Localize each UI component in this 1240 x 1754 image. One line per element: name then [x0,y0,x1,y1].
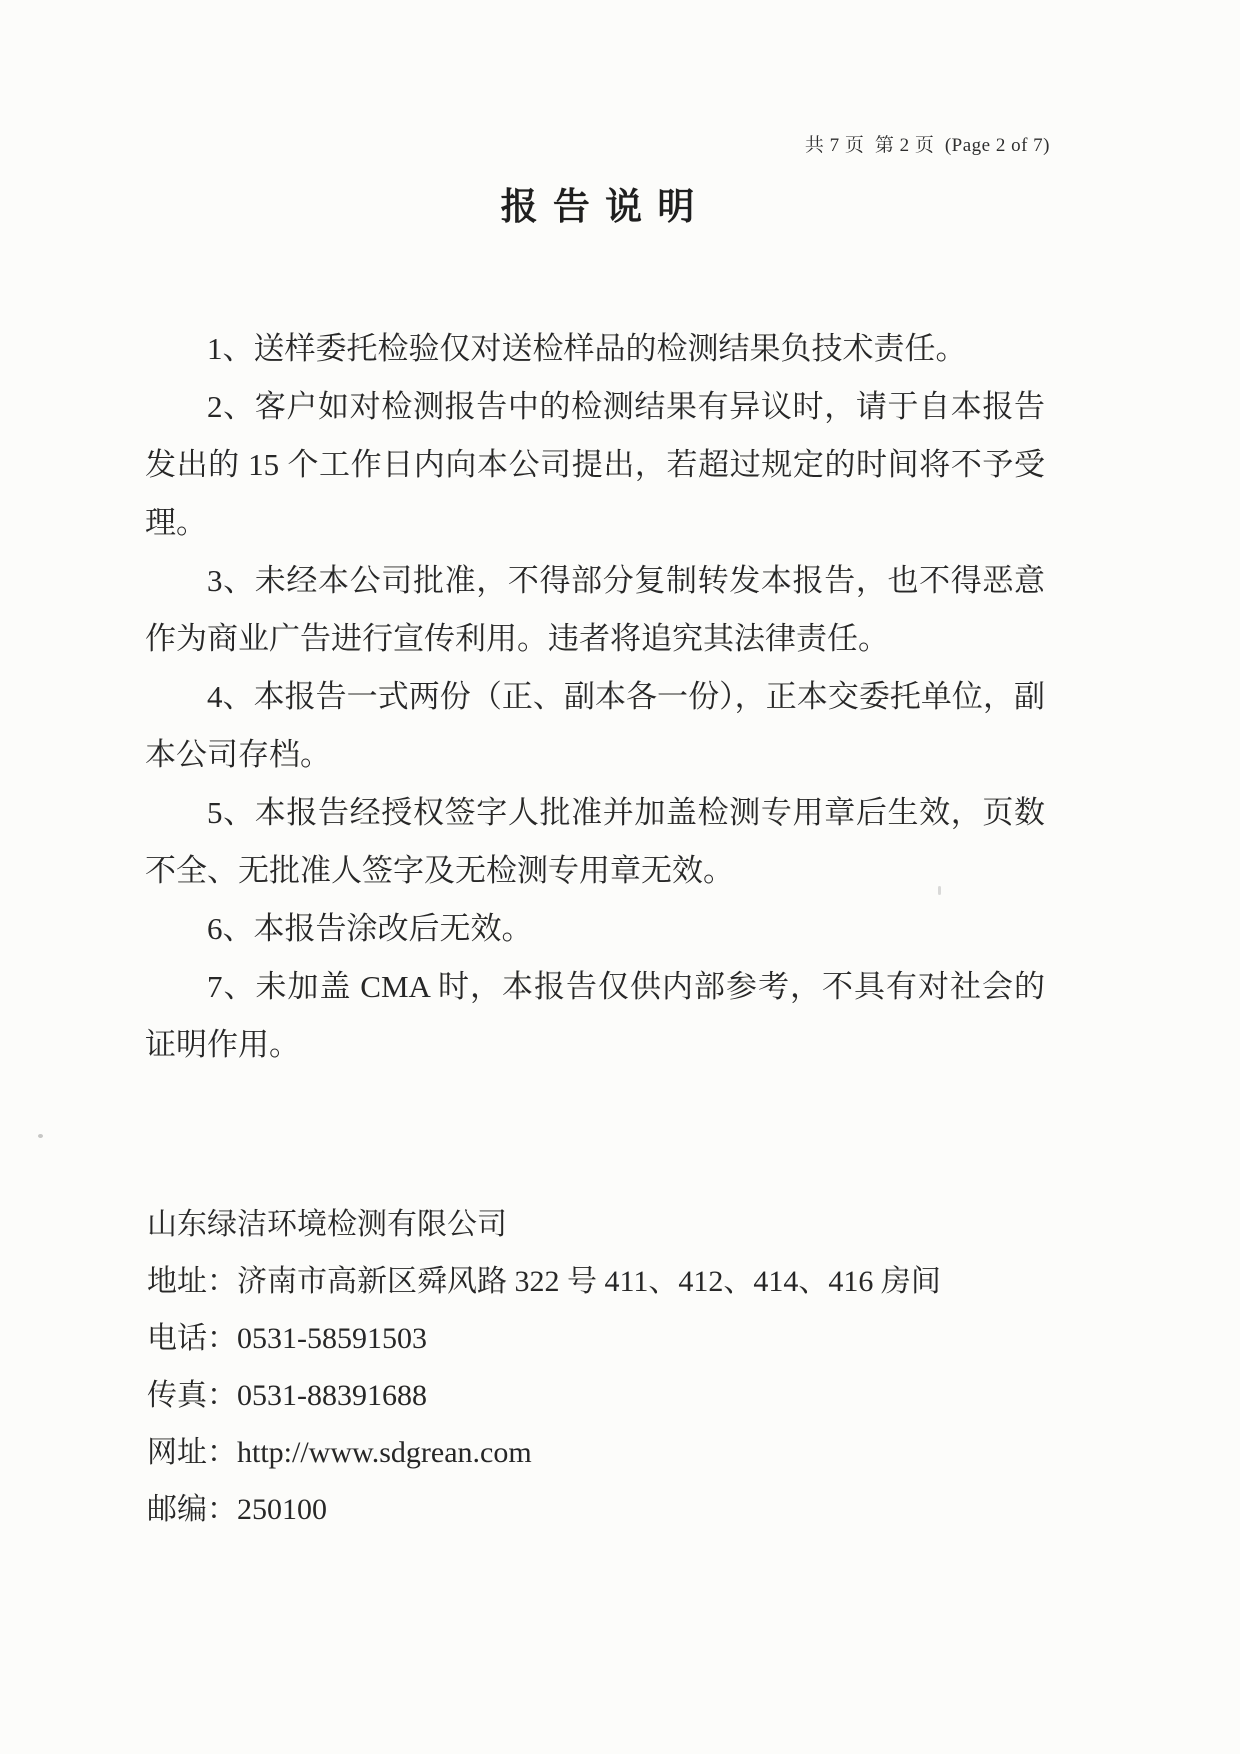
report-notes-list: 1、送样委托检验仅对送检样品的检测结果负技术责任。 2、客户如对检测报告中的检测… [145,320,1045,1074]
phone-value: 0531-58591503 [237,1322,427,1355]
postcode-line: 邮编：250100 [147,1481,1097,1538]
fax-label: 传真： [147,1379,237,1412]
website-label: 网址： [147,1436,237,1469]
page-title: 报 告 说 明 [0,176,1198,230]
note-item-6: 6、本报告涂改后无效。 [145,900,1045,958]
address-value: 济南市高新区舜风路 322 号 411、412、414、416 房间 [237,1265,941,1298]
address-label: 地址： [147,1265,237,1298]
scan-speck [938,886,941,895]
phone-line: 电话：0531-58591503 [147,1310,1097,1367]
note-item-7: 7、未加盖 CMA 时，本报告仅供内部参考，不具有对社会的证明作用。 [145,958,1045,1074]
page-number: 共 7 页 第 2 页 (Page 2 of 7) [805,130,1050,157]
address-line: 地址：济南市高新区舜风路 322 号 411、412、414、416 房间 [147,1253,1097,1310]
fax-value: 0531-88391688 [237,1379,427,1412]
website-line: 网址：http://www.sdgrean.com [147,1424,1097,1481]
website-value: http://www.sdgrean.com [237,1436,532,1469]
company-name: 山东绿洁环境检测有限公司 [147,1196,1097,1253]
note-item-1: 1、送样委托检验仅对送检样品的检测结果负技术责任。 [145,320,1045,378]
note-item-2: 2、客户如对检测报告中的检测结果有异议时，请于自本报告发出的 15 个工作日内向… [145,378,1045,552]
company-info-block: 山东绿洁环境检测有限公司 地址：济南市高新区舜风路 322 号 411、412、… [147,1196,1097,1538]
fax-line: 传真：0531-88391688 [147,1367,1097,1424]
scan-speck [38,1134,43,1138]
phone-label: 电话： [147,1322,237,1355]
report-notes-page: 共 7 页 第 2 页 (Page 2 of 7) 报 告 说 明 1、送样委托… [0,0,1240,1754]
note-item-3: 3、未经本公司批准，不得部分复制转发本报告，也不得恶意作为商业广告进行宣传利用。… [145,552,1045,668]
note-item-4: 4、本报告一式两份（正、副本各一份），正本交委托单位，副本公司存档。 [145,668,1045,784]
postcode-label: 邮编： [147,1493,237,1526]
note-item-5: 5、本报告经授权签字人批准并加盖检测专用章后生效，页数不全、无批准人签字及无检测… [145,784,1045,900]
postcode-value: 250100 [237,1493,327,1526]
